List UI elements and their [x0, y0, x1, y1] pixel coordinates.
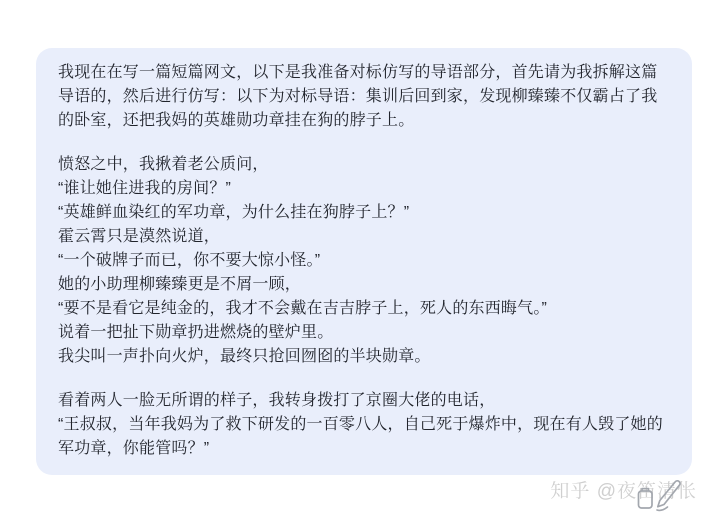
edit-icon-glyph [651, 476, 683, 514]
message-text: 我现在在写一篇短篇网文，以下是我准备对标仿写的导语部分，首先请为我拆解这篇导语的… [58, 61, 670, 461]
chat-page: 我现在在写一篇短篇网文，以下是我准备对标仿写的导语部分，首先请为我拆解这篇导语的… [0, 0, 720, 517]
user-message-bubble: 我现在在写一篇短篇网文，以下是我准备对标仿写的导语部分，首先请为我拆解这篇导语的… [36, 48, 692, 475]
message-paragraph: 我现在在写一篇短篇网文，以下是我准备对标仿写的导语部分，首先请为我拆解这篇导语的… [58, 61, 670, 133]
edit-icon[interactable] [651, 476, 683, 514]
message-paragraph: 愤怒之中，我揪着老公质问，“谁让她住进我的房间？”“英雄鲜血染红的军功章，为什么… [58, 153, 670, 369]
message-paragraph: 看着两人一脸无所谓的样子，我转身拨打了京圈大佬的电话，“王叔叔，当年我妈为了救下… [58, 389, 670, 461]
